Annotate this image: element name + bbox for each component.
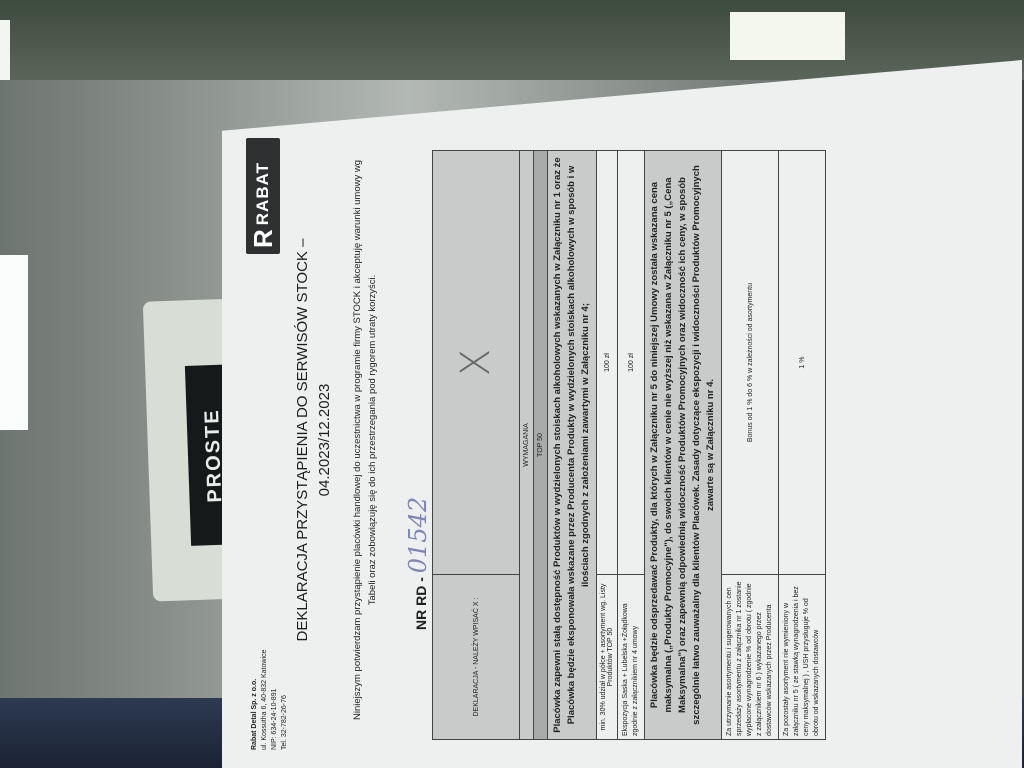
handwritten-x: X xyxy=(453,349,499,376)
company-phone: Tel. 32-782-26-76 xyxy=(280,650,290,750)
table-row: min. 30% udział w półce + asortyment wg.… xyxy=(597,151,618,740)
background-light xyxy=(0,255,28,430)
promo-description: Placówka będzie odsprzedawać Produkty, d… xyxy=(645,151,722,740)
company-info: Rabat Detal Sp. z o.o. ul. Kossutha 6, 4… xyxy=(250,650,290,750)
logo-text: RABAT xyxy=(253,162,273,225)
requirements-table: DEKLARACJA - NALEŻY WPISAĆ X : X WYMAGAN… xyxy=(432,150,826,740)
table-row: Za utrzymanie asortymentu i sugerowanych… xyxy=(722,151,779,740)
requirements-header: WYMAGANIA xyxy=(520,151,534,740)
top50-description: Placówka zapewni stałą dostępność Produk… xyxy=(548,151,597,740)
row-requirement: min. 30% udział w półce + asortyment wg.… xyxy=(597,575,618,740)
document-title: DEKLARACJA PRZYSTĄPIENIA DO SERWISÓW STO… xyxy=(292,120,336,760)
logo-mark: R xyxy=(248,229,279,248)
declaration-header: DEKLARACJA - NALEŻY WPISAĆ X : xyxy=(433,575,520,740)
table-row: Za pozostały asortyment nie wymieniony w… xyxy=(779,151,826,740)
row-requirement: Za utrzymanie asortymentu i sugerowanych… xyxy=(722,575,779,740)
background-top xyxy=(0,0,1024,80)
company-nip: NIP: 634-24-10-891 xyxy=(270,650,280,750)
table-row: Ekspozycja Saska + Lubelska +Żołądkowa z… xyxy=(618,151,645,740)
background-light xyxy=(0,20,10,80)
company-address: ul. Kossutha 6, 40-832 Katowice xyxy=(260,650,270,750)
company-name: Rabat Detal Sp. z o.o. xyxy=(250,650,260,750)
declaration-mark-cell: X xyxy=(433,151,520,575)
intro-paragraph: Niniejszym potwierdzam przystąpienie pla… xyxy=(350,150,380,730)
row-value: Bonus od 1 % do 6 % w zależności od asor… xyxy=(722,151,779,575)
title-line: DEKLARACJA PRZYSTĄPIENIA DO SERWISÓW STO… xyxy=(292,120,314,760)
background-light xyxy=(730,12,845,60)
nr-rd-label: NR RD - xyxy=(413,577,429,630)
document-sheet: Rabat Detal Sp. z o.o. ul. Kossutha 6, 4… xyxy=(222,60,1022,768)
row-value: 1 % xyxy=(779,151,826,575)
row-requirement: Ekspozycja Saska + Lubelska +Żołądkowa z… xyxy=(618,575,645,740)
row-requirement: Za pozostały asortyment nie wymieniony w… xyxy=(779,575,826,740)
nr-rd: NR RD - 01542 xyxy=(404,497,432,630)
title-date-range: 04.2023/12.2023 xyxy=(314,120,336,760)
row-value: 100 zł xyxy=(597,151,618,575)
row-value: 100 zł xyxy=(618,151,645,575)
document: Rabat Detal Sp. z o.o. ul. Kossutha 6, 4… xyxy=(232,120,1012,760)
rabat-logo: R RABAT xyxy=(246,138,280,254)
nr-rd-handwritten: 01542 xyxy=(404,497,432,573)
section-top50: TOP 50 xyxy=(534,151,548,740)
